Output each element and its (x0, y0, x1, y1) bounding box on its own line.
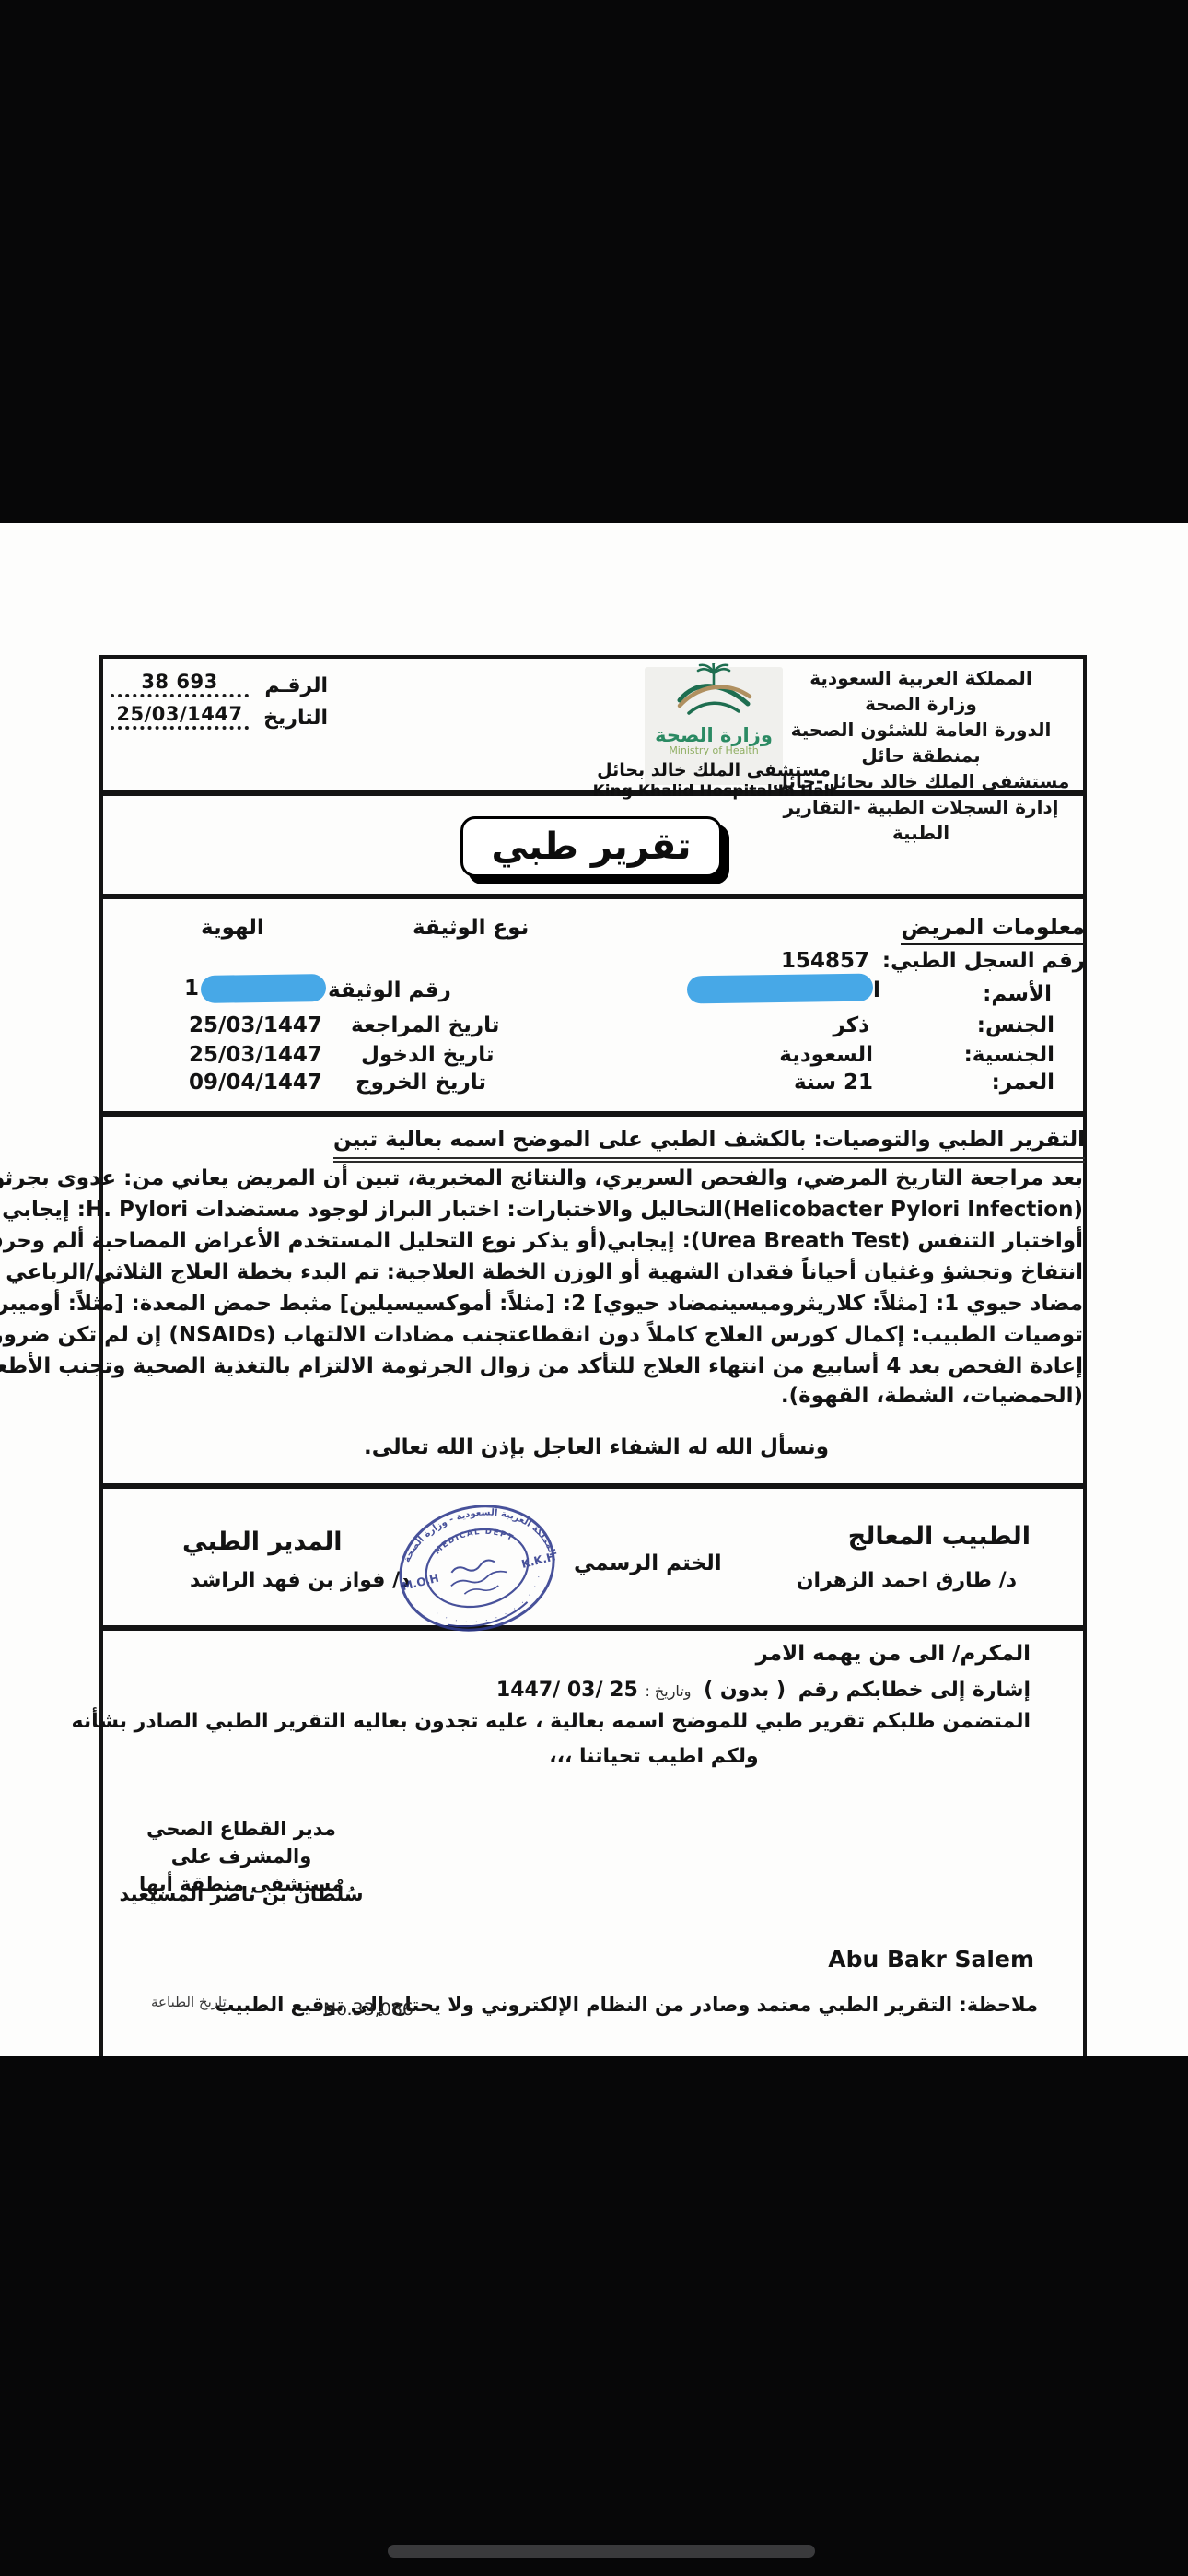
admission-date-label: تاريخ الدخول (361, 1043, 495, 1067)
report-date-label: التاريخ (258, 707, 328, 730)
doc-no-visible-digit: 1 (184, 977, 199, 1001)
mrn-label: رقم السجل الطبي: (882, 949, 1085, 973)
logo-hospital-english: King Khalid Hospital In Hail (571, 782, 856, 801)
separator-signature-top (99, 1483, 1087, 1489)
age-label: العمر: (992, 1071, 1054, 1095)
report-line: بعد مراجعة التاريخ المرضي، والفحص السرير… (0, 1166, 1083, 1190)
official-stamp-label: الختم الرسمي (574, 1551, 722, 1575)
official-stamp-icon: المملكة العربية السعودية - وزارة الصحة .… (387, 1494, 566, 1634)
gender-label: الجنس: (977, 1013, 1054, 1037)
report-date-value: 25/03/1447 (116, 703, 242, 725)
report-heading: التقرير الطبي والتوصيات: بالكشف الطبي عل… (333, 1128, 1085, 1163)
report-line: إعادة الفحص بعد 4 أسابيع من انتهاء العلا… (0, 1354, 1083, 1378)
doc-no-label: رقم الوثيقة (328, 978, 451, 1002)
report-date-row: التاريخ 25/03/1447 (107, 703, 328, 730)
treating-doctor-name: د/ طارق احمد الزهران (797, 1569, 1017, 1592)
name-visible-fragment: ا (873, 978, 880, 1002)
discharge-date-value: 09/04/1447 (189, 1071, 322, 1095)
report-number-label: الرقـم (258, 674, 328, 697)
patient-info-section-title: معلومات المريض (901, 914, 1085, 945)
review-date-value: 25/03/1447 (189, 1013, 322, 1037)
medical-director-name: د/ فواز بن فهد الراشد (190, 1569, 410, 1592)
separator-patient-top (99, 894, 1087, 899)
salutation-line: ولكم اطيب تحياتنا ،،، (460, 1745, 847, 1768)
separator-signature-bottom (99, 1625, 1087, 1631)
reference-prefix: إشارة إلى خطابكم رقم (798, 1679, 1031, 1702)
report-closing-dua: ونسأل الله له الشفاء العاجل بإذن الله تع… (104, 1435, 1089, 1459)
name-redaction (687, 974, 873, 1004)
medical-director-title: المدير الطبي (182, 1528, 342, 1556)
report-line: (الحمضيات، الشطة، القهوة). (781, 1384, 1083, 1408)
reference-line: إشارة إلى خطابكم رقم ( بدون ) وتاريخ : 1… (496, 1679, 1031, 1702)
separator-report-top (99, 1111, 1087, 1117)
admission-date-value: 25/03/1447 (189, 1043, 322, 1067)
report-line: مضاد حيوي 1: [مثلاً: كلاريثروميسينمضاد ح… (0, 1292, 1083, 1316)
logo-hospital-arabic: مستشفى الملك خالد بحائل (571, 760, 856, 780)
to-whom-line: المكرم/ الى من يهمه الامر (756, 1642, 1031, 1666)
moh-palm-swords-icon (672, 663, 755, 720)
sector-director-name: سُلْطان بن ناصر المسيعيد (103, 1883, 379, 1905)
name-label: الأسم: (983, 982, 1052, 1006)
review-date-label: تاريخ المراجعة (351, 1013, 499, 1037)
dotted-line (111, 694, 249, 697)
report-line: أواختبار التنفس (Urea Breath Test): إيجا… (0, 1229, 1083, 1253)
age-value: 21 سنة (794, 1071, 873, 1095)
reference-number-none: ( بدون ) (698, 1679, 791, 1702)
ref-number-block: الرقـم 38 693 التاريخ 25/03/1447 (107, 671, 328, 735)
report-number-row: الرقـم 38 693 (107, 671, 328, 697)
print-date-label: تاريخ الطباعة (151, 1994, 227, 2010)
mrn-value: 154857 (781, 949, 869, 973)
report-number-value: 38 693 (141, 671, 217, 693)
home-indicator[interactable] (388, 2545, 815, 2558)
discharge-date-label: تاريخ الخروج (355, 1071, 486, 1095)
nationality-value: السعودية (779, 1043, 873, 1067)
logo-ministry-arabic: وزارة الصحة (571, 724, 856, 746)
treating-doctor-title: الطبيب المعالج (848, 1522, 1031, 1551)
gender-value: ذكر (833, 1013, 870, 1037)
moh-logo-block: وزارة الصحة Ministry of Health مستشفى ال… (571, 663, 856, 801)
report-title: تقرير طبي (492, 825, 692, 868)
nationality-label: الجنسية: (964, 1043, 1054, 1067)
doc-no-redaction (201, 974, 326, 1003)
reference-date-value: 1447/ 03/ 25 (496, 1679, 638, 1702)
svg-text:M.O.H: M.O.H (401, 1572, 440, 1594)
logo-ministry-english: Ministry of Health (571, 744, 856, 756)
org-line-records-dept: إدارة السجلات الطبية -التقارير الطبية (764, 794, 1077, 846)
serial-number: No.33,086 (323, 1999, 413, 2020)
id-column-header: الهوية (201, 916, 264, 940)
report-line: (Helicobacter Pylori Infection)التحاليل … (2, 1198, 1083, 1222)
report-line: انتفاخ وتجشؤ وغثيان أحياناً فقدان الشهية… (0, 1260, 1083, 1284)
reference-date-label: وتاريخ : (645, 1682, 691, 1700)
report-title-box: تقرير طبي (460, 816, 722, 877)
doc-type-column-header: نوع الوثيقة (413, 916, 529, 940)
dotted-line (111, 726, 249, 730)
sector-director-line1: مدير القطاع الصحي والمشرف على (103, 1815, 379, 1870)
report-line: توصيات الطبيب: إكمال كورس العلاج كاملاً … (0, 1323, 1083, 1347)
english-signature-name: Abu Bakr Salem (828, 1946, 1034, 1973)
letter-body-line: المتضمن طلبكم تقرير طبي للموضح اسمه بعال… (72, 1710, 1031, 1733)
